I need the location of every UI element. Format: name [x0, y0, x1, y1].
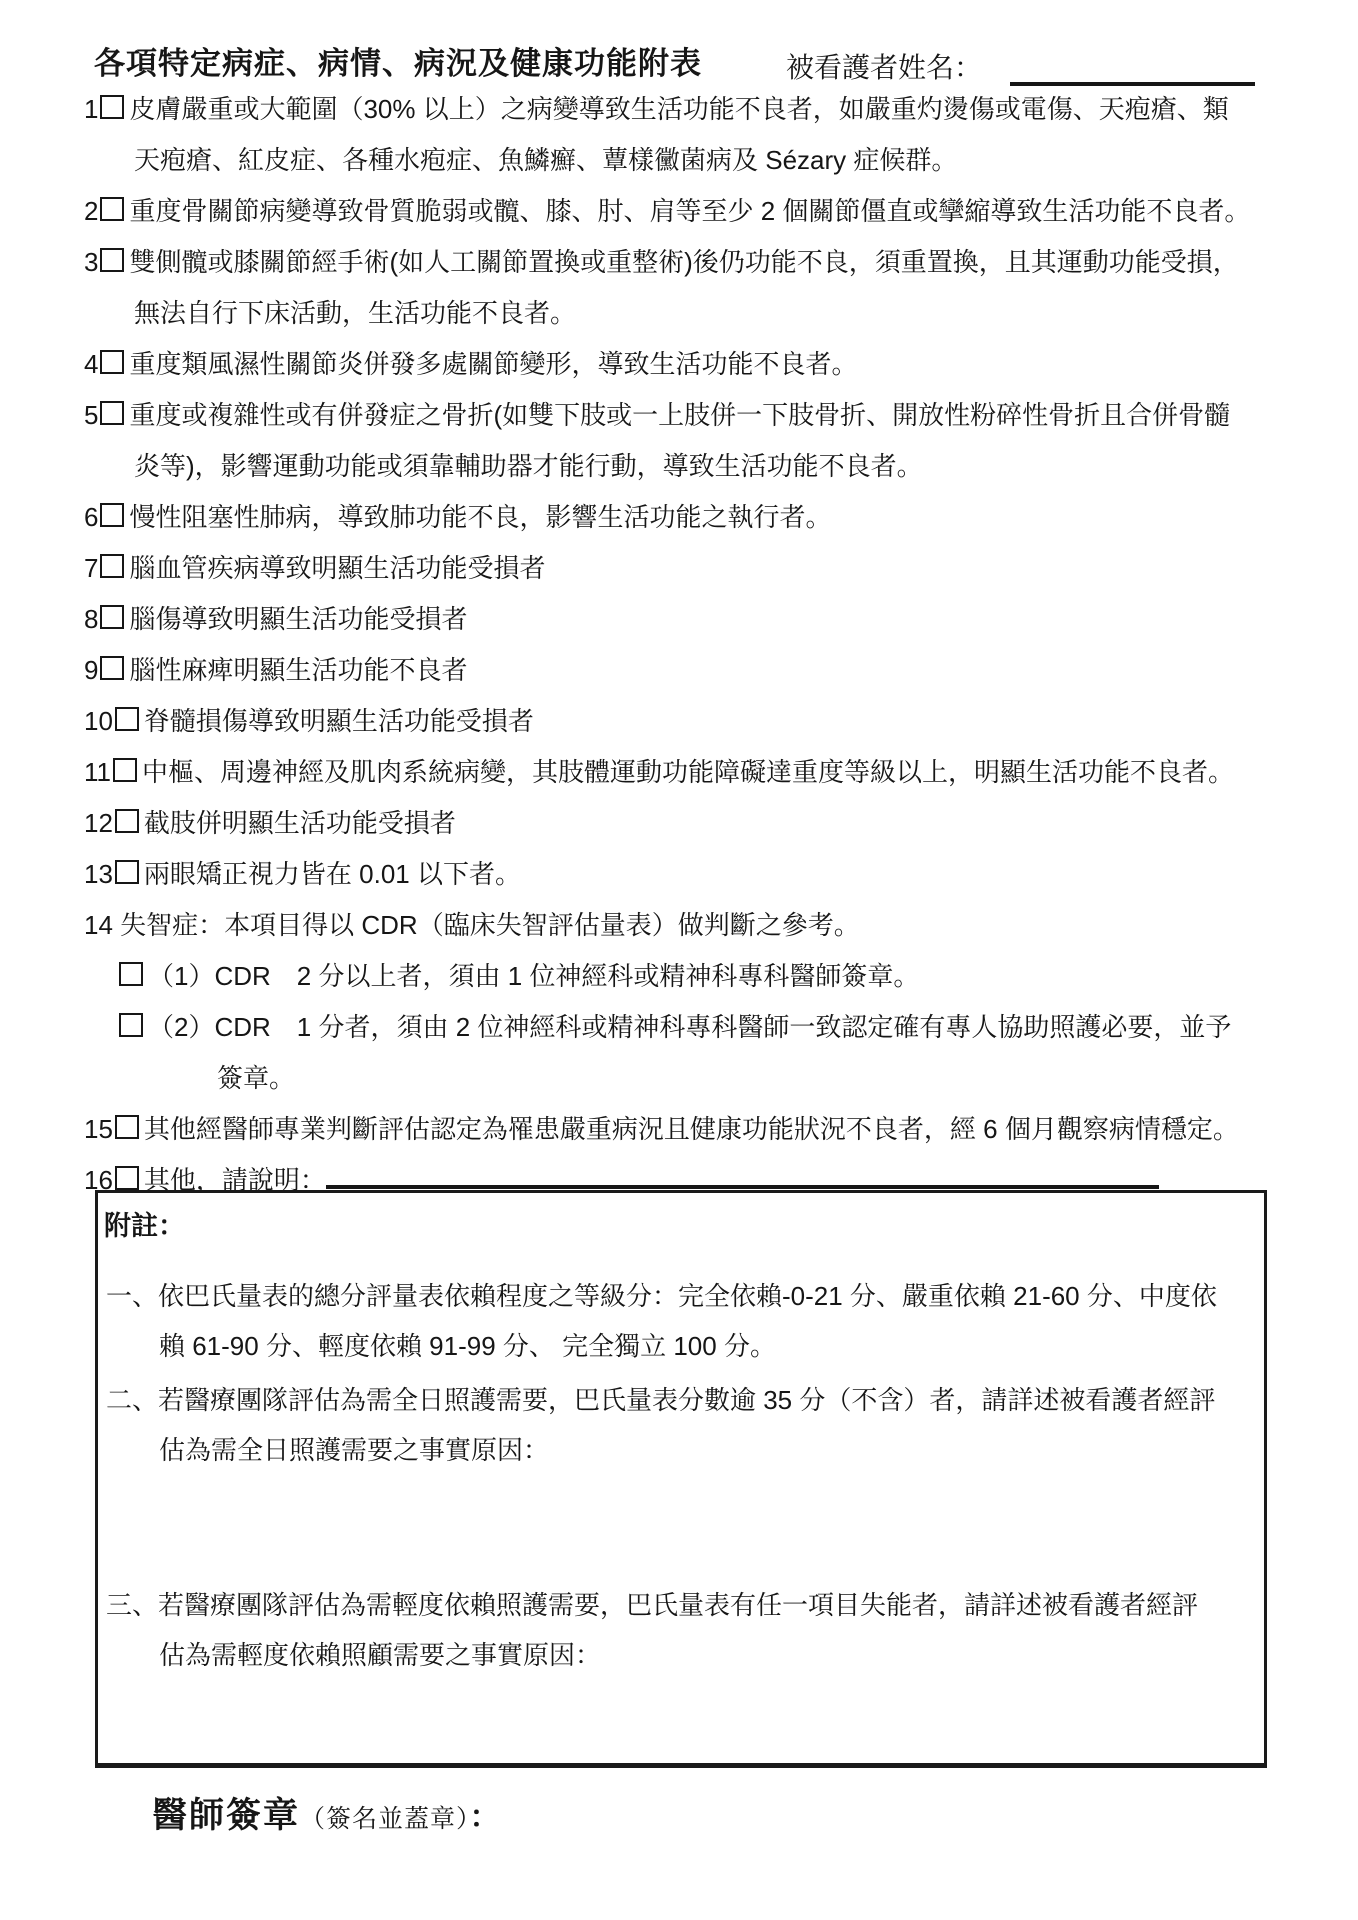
- checkbox[interactable]: [100, 350, 124, 374]
- item-14-1: （1）CDR 2 分以上者，須由 1 位神經科或精神科專科醫師簽章。: [117, 951, 1348, 1002]
- item-text: （1）CDR 2 分以上者，須由 1 位神經科或精神科專科醫師簽章。: [148, 961, 919, 991]
- item-15: 15其他經醫師專業判斷評估認定為罹患嚴重病況且健康功能狀況不良者，經 6 個月觀…: [84, 1104, 1348, 1155]
- checkbox[interactable]: [100, 605, 124, 629]
- checkbox[interactable]: [100, 656, 124, 680]
- checkbox[interactable]: [115, 809, 139, 833]
- item-text: 中樞、周邊神經及肌肉系統病變，其肢體運動功能障礙達重度等級以上，明顯生活功能不良…: [142, 757, 1234, 787]
- item-number: 12: [84, 808, 113, 838]
- item-14-2: （2）CDR 1 分者，須由 2 位神經科或精神科專科醫師一致認定確有專人協助照…: [117, 1002, 1348, 1104]
- item-number: 1: [84, 94, 98, 124]
- item-text: 重度類風濕性關節炎併發多處關節變形，導致生活功能不良者。: [129, 349, 857, 379]
- item-2: 2重度骨關節病變導致骨質脆弱或髖、膝、肘、肩等至少 2 個關節僵直或攣縮導致生活…: [84, 186, 1348, 237]
- item-number: 15: [84, 1114, 113, 1144]
- checkbox[interactable]: [113, 758, 137, 782]
- item-number: 14: [84, 910, 113, 940]
- item-number: 5: [84, 400, 98, 430]
- physician-signature-row: 醫師簽章（簽名並蓋章）：: [152, 1788, 500, 1838]
- item-11: 11中樞、周邊神經及肌肉系統病變，其肢體運動功能障礙達重度等級以上，明顯生活功能…: [84, 747, 1348, 798]
- note-3: 三、若醫療團隊評估為需輕度依賴照護需要，巴氏量表有任一項目失能者，請詳述被看護者…: [106, 1580, 1264, 1680]
- checkbox[interactable]: [100, 248, 124, 272]
- light-dependence-reason-writing-area[interactable]: [98, 1680, 1264, 1758]
- item-number: 13: [84, 859, 113, 889]
- item-number: 9: [84, 655, 98, 685]
- item-number: 3: [84, 247, 98, 277]
- signature-colon: ：: [470, 1801, 500, 1834]
- notes-box: 附註： 一、依巴氏量表的總分評量表依賴程度之等級分：完全依賴-0-21 分、嚴重…: [95, 1190, 1267, 1768]
- note-1: 一、依巴氏量表的總分評量表依賴程度之等級分：完全依賴-0-21 分、嚴重依賴 2…: [106, 1271, 1264, 1371]
- item-10: 10脊髓損傷導致明顯生活功能受損者: [84, 696, 1348, 747]
- item-13: 13兩眼矯正視力皆在 0.01 以下者。: [84, 849, 1348, 900]
- notes-label: 附註：: [104, 1201, 1264, 1251]
- item-text: 失智症：本項目得以 CDR（臨床失智評估量表）做判斷之參考。: [120, 910, 860, 940]
- checkbox[interactable]: [100, 503, 124, 527]
- item-text: 重度骨關節病變導致骨質脆弱或髖、膝、肘、肩等至少 2 個關節僵直或攣縮導致生活功…: [129, 196, 1250, 226]
- item-5: 5重度或複雜性或有併發症之骨折(如雙下肢或一上肢併一下肢骨折、開放性粉碎性骨折且…: [84, 390, 1348, 492]
- item-3: 3雙側髖或膝關節經手術(如人工關節置換或重整術)後仍功能不良，須重置換，且其運動…: [84, 237, 1348, 339]
- item-text: 雙側髖或膝關節經手術(如人工關節置換或重整術)後仍功能不良，須重置換，且其運動功…: [129, 247, 1238, 328]
- item-14: 14 失智症：本項目得以 CDR（臨床失智評估量表）做判斷之參考。: [84, 900, 1348, 951]
- signature-paren-note: （簽名並蓋章）: [300, 1805, 470, 1833]
- checkbox[interactable]: [100, 401, 124, 425]
- item-text: 重度或複雜性或有併發症之骨折(如雙下肢或一上肢併一下肢骨折、開放性粉碎性骨折且合…: [129, 400, 1230, 481]
- full-day-care-reason-writing-area[interactable]: [98, 1475, 1264, 1580]
- item-number: 11: [84, 757, 111, 787]
- item-text: 皮膚嚴重或大範圍（30% 以上）之病變導致生活功能不良者，如嚴重灼燙傷或電傷、天…: [129, 94, 1228, 175]
- item-number: 6: [84, 502, 98, 532]
- item-number: 10: [84, 706, 113, 736]
- item-text: （2）CDR 1 分者，須由 2 位神經科或精神科專科醫師一致認定確有專人協助照…: [148, 1012, 1231, 1093]
- items-list: 1皮膚嚴重或大範圍（30% 以上）之病變導致生活功能不良者，如嚴重灼燙傷或電傷、…: [84, 84, 1348, 1206]
- item-1: 1皮膚嚴重或大範圍（30% 以上）之病變導致生活功能不良者，如嚴重灼燙傷或電傷、…: [84, 84, 1348, 186]
- item-text: 腦性麻痺明顯生活功能不良者: [129, 655, 467, 685]
- form-page: 各項特定病症、病情、病況及健康功能附表 被看護者姓名： 1皮膚嚴重或大範圍（30…: [0, 0, 1358, 1920]
- page-title: 各項特定病症、病情、病況及健康功能附表: [94, 38, 702, 83]
- note-2: 二、若醫療團隊評估為需全日照護需要，巴氏量表分數逾 35 分（不含）者，請詳述被…: [106, 1375, 1264, 1475]
- checkbox[interactable]: [115, 707, 139, 731]
- checkbox[interactable]: [115, 1166, 139, 1190]
- item-text: 慢性阻塞性肺病，導致肺功能不良，影響生活功能之執行者。: [129, 502, 831, 532]
- checkbox[interactable]: [115, 860, 139, 884]
- item-text: 截肢併明顯生活功能受損者: [144, 808, 456, 838]
- checkbox[interactable]: [100, 95, 124, 119]
- item-12: 12截肢併明顯生活功能受損者: [84, 798, 1348, 849]
- item-text: 腦血管疾病導致明顯生活功能受損者: [129, 553, 545, 583]
- item-9: 9腦性麻痺明顯生活功能不良者: [84, 645, 1348, 696]
- checkbox[interactable]: [119, 962, 143, 986]
- item-number: 8: [84, 604, 98, 634]
- item-8: 8腦傷導致明顯生活功能受損者: [84, 594, 1348, 645]
- item-text: 兩眼矯正視力皆在 0.01 以下者。: [144, 859, 521, 889]
- checkbox[interactable]: [100, 197, 124, 221]
- checkbox[interactable]: [100, 554, 124, 578]
- other-explanation-input-line[interactable]: [326, 1163, 1159, 1189]
- item-text: 其他經醫師專業判斷評估認定為罹患嚴重病況且健康功能狀況不良者，經 6 個月觀察病…: [144, 1114, 1239, 1144]
- item-number: 7: [84, 553, 98, 583]
- checkbox[interactable]: [119, 1013, 143, 1037]
- checkbox[interactable]: [115, 1115, 139, 1139]
- physician-signature-label: 醫師簽章: [152, 1796, 300, 1835]
- item-number: 2: [84, 196, 98, 226]
- item-7: 7腦血管疾病導致明顯生活功能受損者: [84, 543, 1348, 594]
- item-number: 4: [84, 349, 98, 379]
- item-6: 6慢性阻塞性肺病，導致肺功能不良，影響生活功能之執行者。: [84, 492, 1348, 543]
- patient-name-label: 被看護者姓名：: [786, 46, 982, 86]
- item-4: 4重度類風濕性關節炎併發多處關節變形，導致生活功能不良者。: [84, 339, 1348, 390]
- item-text: 腦傷導致明顯生活功能受損者: [129, 604, 467, 634]
- item-text: 脊髓損傷導致明顯生活功能受損者: [144, 706, 534, 736]
